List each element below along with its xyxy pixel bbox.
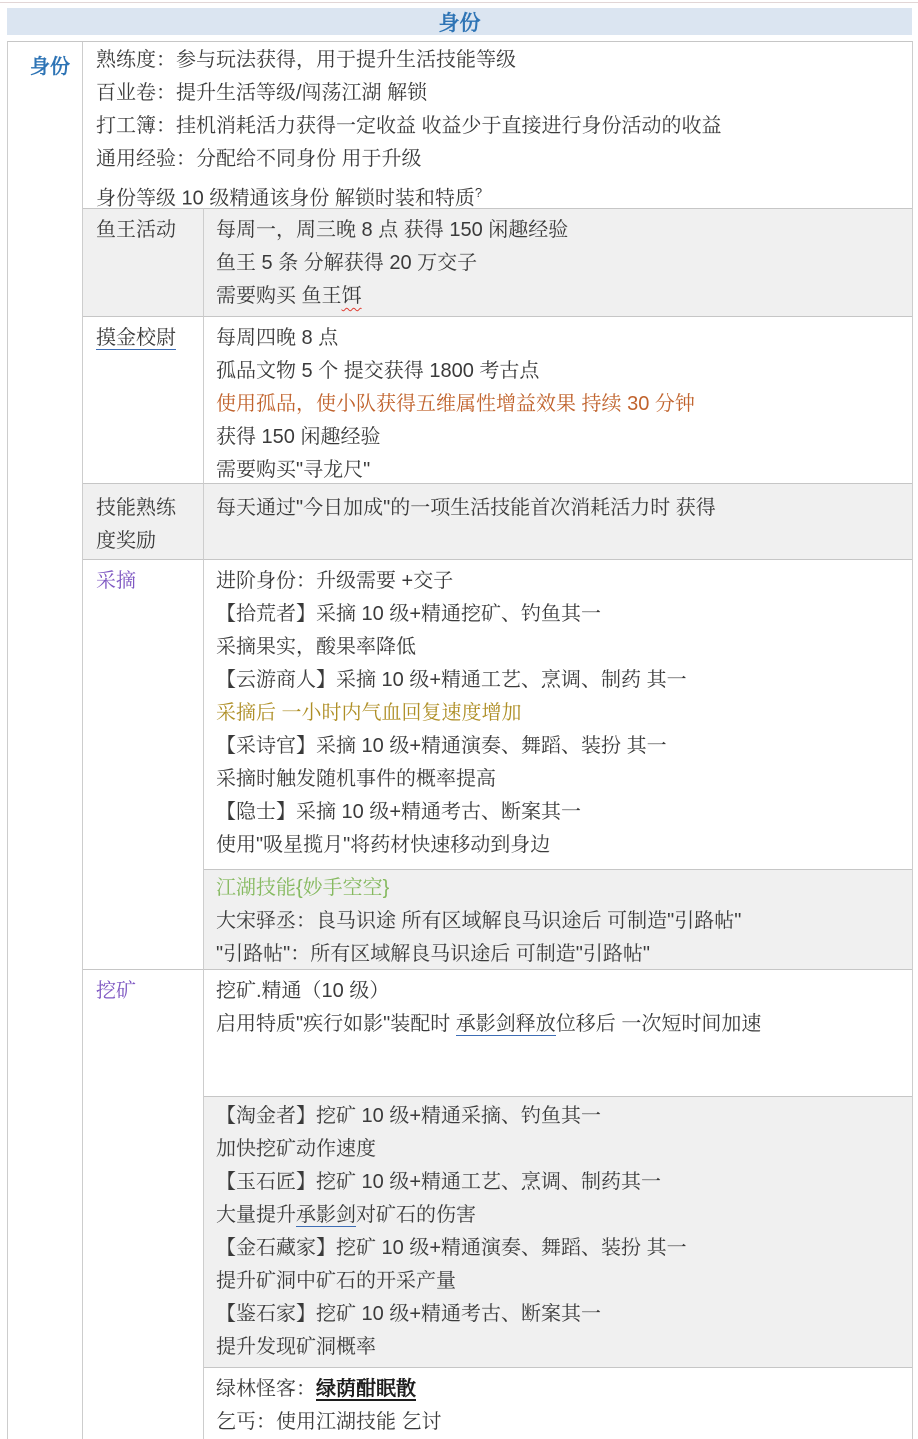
mojin-label-link[interactable]: 摸金校尉 [96, 327, 176, 350]
mojin-line-exp: 获得 150 闲趣经验 [216, 421, 900, 454]
fish-king-bait-text: 需要购买 鱼王 [216, 285, 342, 307]
mojin-line-buff: 使用孤品，使小队获得五维属性增益效果 持续 30 分钟 [216, 388, 900, 421]
mining-line-appraiser: 【鉴石家】挖矿 10 级+精通考古、断案其一 [216, 1298, 900, 1331]
mining-line-stone-collector-effect: 提升矿洞中矿石的开采产量 [216, 1265, 900, 1298]
mining-line-gold-panner-effect: 加快挖矿动作速度 [216, 1133, 900, 1166]
gathering-sub-cell: 江湖技能{妙手空空} 大宋驿丞：良马识途 所有区域解良马识途后 可制造"引路帖"… [204, 869, 912, 969]
top-divider [0, 2, 918, 3]
skill-reward-line: 每天通过"今日加成"的一项生活技能首次消耗活力时 获得 [216, 492, 900, 525]
mojin-line-schedule: 每周四晚 8 点 [216, 322, 900, 355]
document-page: 身份 身份 熟练度：参与玩法获得，用于提升生活技能等级 百业卷：提升生活等级/闯… [0, 0, 918, 1439]
sleep-powder-item[interactable]: 绿荫酣眠散 [316, 1378, 416, 1400]
footer-line-beggar: 乞丐：使用江湖技能 乞讨 [216, 1406, 900, 1439]
intro-line-baiyejuan: 百业卷：提升生活等级/闯荡江湖 解锁 [96, 77, 900, 110]
jade-effect-prefix: 大量提升 [216, 1204, 296, 1226]
footer-line-bandit: 绿林怪客：绿荫酣眠散 [216, 1373, 900, 1406]
fish-king-label: 鱼王活动 [96, 219, 176, 241]
superscript-question-mark: ? [475, 185, 482, 200]
mining-line-trait: 启用特质"疾行如影"装配时 承影剑释放位移后 一次短时间加速 [216, 1008, 900, 1041]
mining-line-jade-worker-effect: 大量提升承影剑对矿石的伤害 [216, 1199, 900, 1232]
gathering-line-hermit: 【隐士】采摘 10 级+精通考古、断案其一 [216, 796, 900, 829]
chengying-sword-release-link[interactable]: 承影剑释放 [456, 1013, 556, 1036]
mining-advanced-cell: 【淘金者】挖矿 10 级+精通采摘、钓鱼其一 加快挖矿动作速度 【玉石匠】挖矿 … [204, 1096, 912, 1367]
fish-king-content-cell: 每周一，周三晚 8 点 获得 150 闲趣经验 鱼王 5 条 分解获得 20 万… [204, 208, 912, 316]
mining-line-mastery: 挖矿.精通（10 级） [216, 975, 900, 1008]
gathering-line-scavenger-effect: 采摘果实，酸果率降低 [216, 631, 900, 664]
mining-line-gold-panner: 【淘金者】挖矿 10 级+精通采摘、钓鱼其一 [216, 1100, 900, 1133]
spellcheck-word: 饵 [342, 285, 362, 307]
jianghu-skill-line: 江湖技能{妙手空空} [216, 872, 900, 905]
chengying-sword-link[interactable]: 承影剑 [296, 1204, 356, 1227]
skill-reward-label-cell: 技能熟练度奖励 [83, 483, 204, 559]
skill-reward-label: 技能熟练度奖励 [96, 497, 176, 552]
row-group-label-cell: 身份 [8, 42, 83, 1439]
gathering-content-cell: 进阶身份：升级需要 +交子 【拾荒者】采摘 10 级+精通挖矿、钓鱼其一 采摘果… [204, 559, 912, 869]
table-title: 身份 [439, 7, 481, 37]
mojin-content-cell: 每周四晚 8 点 孤品文物 5 个 提交获得 1800 考古点 使用孤品，使小队… [204, 316, 912, 483]
mining-label: 挖矿 [96, 980, 136, 1002]
fish-king-line-reward: 鱼王 5 条 分解获得 20 万交子 [216, 247, 900, 280]
gathering-sub-line-post: 大宋驿丞：良马识途 所有区域解良马识途后 可制造"引路帖" [216, 905, 900, 938]
gathering-line-advance: 进阶身份：升级需要 +交子 [216, 565, 900, 598]
mining-label-cell: 挖矿 [83, 969, 204, 1439]
gathering-line-scavenger: 【拾荒者】采摘 10 级+精通挖矿、钓鱼其一 [216, 598, 900, 631]
gathering-label: 采摘 [96, 570, 136, 592]
intro-line-identity-level-text: 身份等级 10 级精通该身份 解锁时装和特质 [96, 188, 475, 210]
intro-line-common-exp: 通用经验：分配给不同身份 用于升级 [96, 143, 900, 176]
bandit-prefix: 绿林怪客： [216, 1378, 316, 1400]
mining-trait-suffix: 位移后 一次短时间加速 [556, 1013, 762, 1035]
mining-trait-prefix: 启用特质"疾行如影"装配时 [216, 1013, 456, 1035]
identity-table: 身份 熟练度：参与玩法获得，用于提升生活技能等级 百业卷：提升生活等级/闯荡江湖… [7, 41, 913, 1439]
intro-line-dagongbu: 打工簿：挂机消耗活力获得一定收益 收益少于直接进行身份活动的收益 [96, 110, 900, 143]
table-header: 身份 [7, 8, 912, 35]
intro-line-proficiency: 熟练度：参与玩法获得，用于提升生活技能等级 [96, 44, 900, 77]
jade-effect-suffix: 对矿石的伤害 [356, 1204, 476, 1226]
fish-king-label-cell: 鱼王活动 [83, 208, 204, 316]
gathering-line-poet: 【采诗官】采摘 10 级+精通演奏、舞蹈、装扮 其一 [216, 730, 900, 763]
mojin-label-cell: 摸金校尉 [83, 316, 204, 483]
mojin-line-artifacts: 孤品文物 5 个 提交获得 1800 考古点 [216, 355, 900, 388]
gathering-sub-line-ticket: "引路帖"：所有区域解良马识途后 可制造"引路帖" [216, 938, 900, 971]
fish-king-line-bait: 需要购买 鱼王饵 [216, 280, 900, 313]
gathering-line-poet-effect: 采摘时触发随机事件的概率提高 [216, 763, 900, 796]
mining-footer-cell: 绿林怪客：绿荫酣眠散 乞丐：使用江湖技能 乞讨 [204, 1367, 912, 1439]
identity-intro-cell: 熟练度：参与玩法获得，用于提升生活技能等级 百业卷：提升生活等级/闯荡江湖 解锁… [83, 42, 912, 208]
mining-content-cell: 挖矿.精通（10 级） 启用特质"疾行如影"装配时 承影剑释放位移后 一次短时间… [204, 969, 912, 1096]
skill-reward-content-cell: 每天通过"今日加成"的一项生活技能首次消耗活力时 获得 [204, 483, 912, 559]
mining-line-appraiser-effect: 提升发现矿洞概率 [216, 1331, 900, 1364]
gathering-line-merchant: 【云游商人】采摘 10 级+精通工艺、烹调、制药 其一 [216, 664, 900, 697]
row-group-label: 身份 [30, 56, 70, 78]
gathering-line-hermit-effect: 使用"吸星揽月"将药材快速移动到身边 [216, 829, 900, 862]
gathering-line-merchant-effect: 采摘后 一小时内气血回复速度增加 [216, 697, 900, 730]
gathering-label-cell: 采摘 [83, 559, 204, 969]
mining-line-stone-collector: 【金石藏家】挖矿 10 级+精通演奏、舞蹈、装扮 其一 [216, 1232, 900, 1265]
mining-line-jade-worker: 【玉石匠】挖矿 10 级+精通工艺、烹调、制药其一 [216, 1166, 900, 1199]
fish-king-line-schedule: 每周一，周三晚 8 点 获得 150 闲趣经验 [216, 214, 900, 247]
